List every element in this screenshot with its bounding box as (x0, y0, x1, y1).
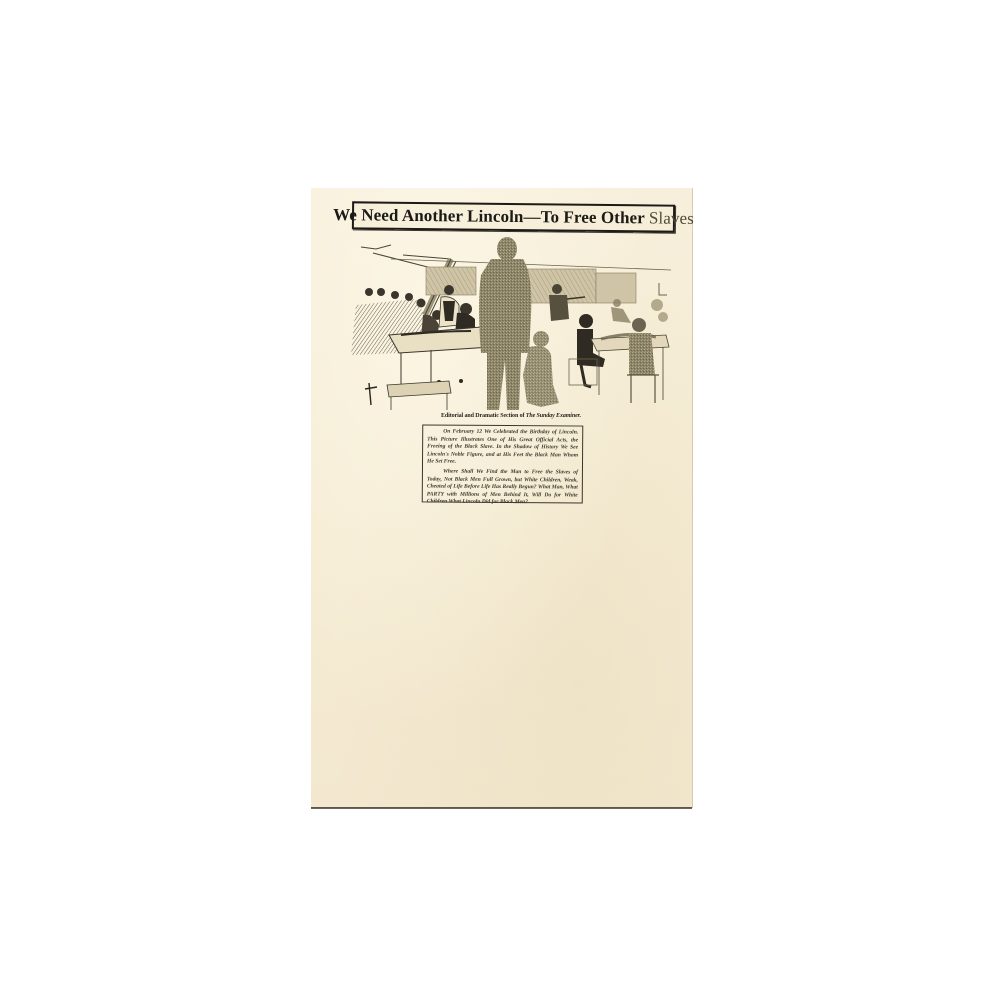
illustration-drawing (341, 235, 673, 413)
front-bench (387, 381, 451, 410)
scan-background: We Need Another Lincoln—To Free Other Sl… (0, 0, 1000, 1000)
right-seated-worker (627, 318, 659, 403)
newspaper-page: We Need Another Lincoln—To Free Other Sl… (311, 188, 692, 808)
caption-prefix: Editorial and Dramatic Section of (441, 413, 524, 419)
headline-last-word: Slaves (649, 208, 694, 227)
factory-illustration (341, 235, 673, 413)
illustration-caption: Editorial and Dramatic Section of The Su… (431, 413, 591, 419)
editorial-text-box: On February 12 We Celebrated the Birthda… (422, 424, 584, 503)
editorial-paragraph-2: Where Shall We Find the Man to Free the … (427, 468, 578, 507)
headline: We Need Another Lincoln—To Free Other Sl… (333, 205, 694, 229)
artist-mark (365, 383, 377, 405)
editorial-paragraph-1: On February 12 We Celebrated the Birthda… (427, 428, 578, 467)
headline-box: We Need Another Lincoln—To Free Other Sl… (352, 201, 675, 232)
caption-publication: The Sunday Examiner. (526, 413, 581, 419)
headline-main-text: We Need Another Lincoln—To Free Other (333, 205, 645, 227)
